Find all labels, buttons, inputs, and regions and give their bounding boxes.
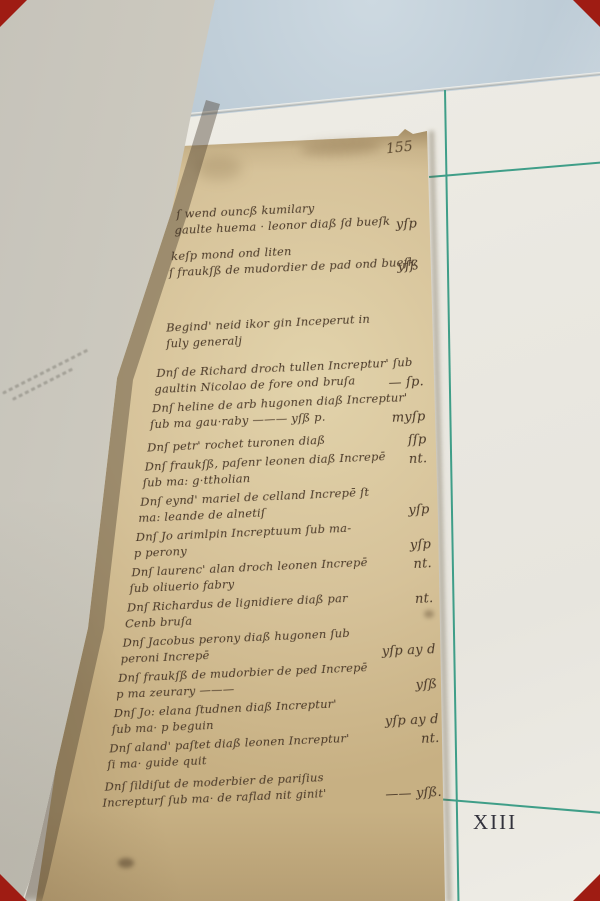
manuscript-line-text: ſub ma: g·ttholian [142, 471, 250, 490]
plate-number-label: XIII [473, 810, 517, 835]
manuscript-line-text: p ma zeurary ——— [116, 682, 235, 701]
manuscript-line-text: ma: leande de alnetiſ [138, 505, 266, 525]
manuscript-line-text: peroni Increpē [120, 648, 210, 666]
manuscript-margin-annotation: yſß [397, 258, 419, 275]
manuscript-text: ſ wend ouncß kumilarygaulte huema · leon… [176, 196, 436, 807]
manuscript-stain [118, 858, 134, 868]
photo-of-manuscript-album: XIII 155 ſ wend ouncß kumilarygaulte hue… [0, 0, 600, 901]
manuscript-margin-annotation: yſp [396, 217, 418, 234]
manuscript-margin-annotation: —— yſß. [385, 785, 442, 803]
manuscript-line-text: ſub ma· p beguin [111, 718, 214, 736]
manuscript-line-text: ſi ma· guide quit [107, 753, 207, 771]
manuscript-line-text: Cenb bruſa [125, 614, 193, 631]
manuscript-page-number: 155 [385, 139, 413, 158]
manuscript-line-text: ſub oliuerio fabry [129, 577, 235, 596]
manuscript-line-text: p perony [134, 544, 188, 560]
manuscript-line-text: ſuly generalj [166, 333, 243, 350]
manuscript-margin-annotation: myſp [392, 409, 426, 426]
